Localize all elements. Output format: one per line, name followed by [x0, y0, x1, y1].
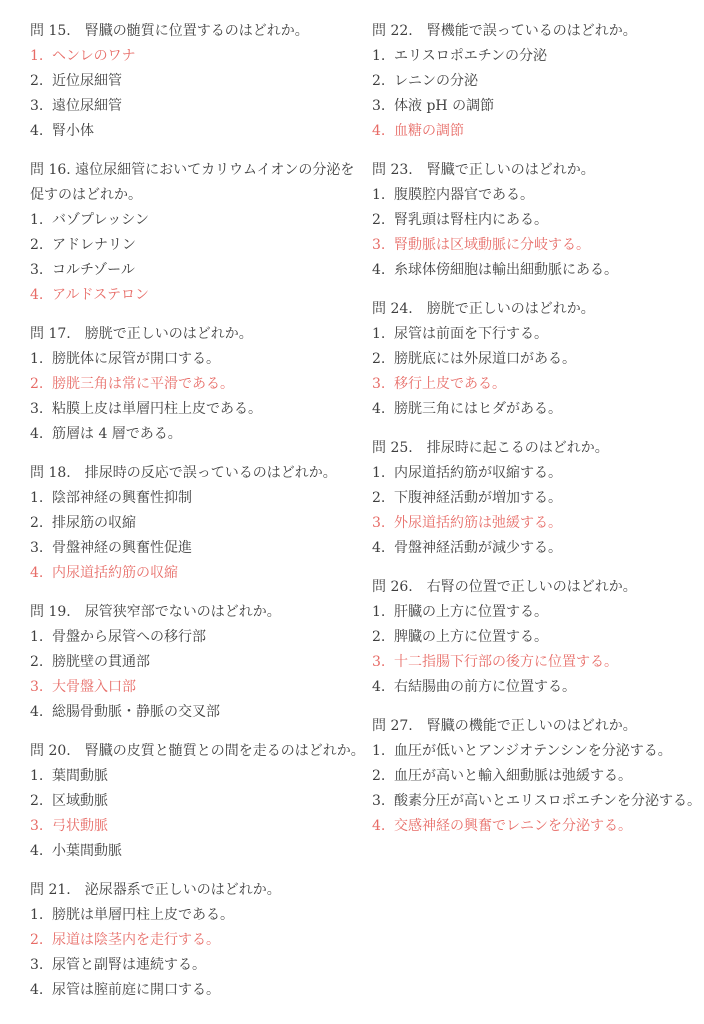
answer-option-correct: 4.アルドステロン [30, 283, 365, 308]
option-text: 体液 pH の調節 [394, 94, 704, 119]
answer-option: 1.膀胱は単層円柱上皮である。 [30, 903, 365, 928]
option-number: 4. [30, 422, 52, 447]
option-text: 骨盤から尿管への移行部 [52, 625, 365, 650]
option-text: 陰部神経の興奮性抑制 [52, 486, 365, 511]
answer-option: 3.骨盤神経の興奮性促進 [30, 536, 365, 561]
question-title: 問 21. 泌尿器系で正しいのはどれか。 [30, 878, 365, 903]
option-number: 1. [372, 739, 394, 764]
option-text: 尿管は膣前庭に開口する。 [52, 978, 365, 1003]
option-number: 3. [30, 953, 52, 978]
option-number: 2. [30, 789, 52, 814]
option-text: バゾプレッシン [52, 208, 365, 233]
answer-option: 4.小葉間動脈 [30, 839, 365, 864]
question-block: 問 26. 右腎の位置で正しいのはどれか。1.肝臓の上方に位置する。2.脾臓の上… [372, 575, 704, 700]
answer-option: 4.膀胱三角にはヒダがある。 [372, 397, 704, 422]
answer-option: 2.膀胱底には外尿道口がある。 [372, 347, 704, 372]
option-number: 2. [372, 347, 394, 372]
option-text: アドレナリン [52, 233, 365, 258]
answer-option-correct: 2.膀胱三角は常に平滑である。 [30, 372, 365, 397]
option-number: 2. [30, 650, 52, 675]
option-text: エリスロポエチンの分泌 [394, 44, 704, 69]
question-block: 問 16. 遠位尿細管においてカリウムイオンの分泌を促すのはどれか。1.バゾプレ… [30, 158, 365, 308]
answer-option: 3.体液 pH の調節 [372, 94, 704, 119]
option-text: 近位尿細管 [52, 69, 365, 94]
answer-option: 3.遠位尿細管 [30, 94, 365, 119]
question-title: 問 17. 膀胱で正しいのはどれか。 [30, 322, 365, 347]
answer-option-correct: 3.大骨盤入口部 [30, 675, 365, 700]
option-text: コルチゾール [52, 258, 365, 283]
answer-option: 1.膀胱体に尿管が開口する。 [30, 347, 365, 372]
answer-option: 2.区域動脈 [30, 789, 365, 814]
option-text: 尿道は陰茎内を走行する。 [52, 928, 365, 953]
answer-option-correct: 4.血糖の調節 [372, 119, 704, 144]
option-text: 移行上皮である。 [394, 372, 704, 397]
option-number: 1. [30, 625, 52, 650]
option-text: 尿管と副腎は連続する。 [52, 953, 365, 978]
option-number: 2. [30, 69, 52, 94]
option-number: 2. [30, 372, 52, 397]
answer-option-correct: 3.腎動脈は区域動脈に分岐する。 [372, 233, 704, 258]
option-text: 膀胱底には外尿道口がある。 [394, 347, 704, 372]
option-number: 2. [372, 625, 394, 650]
question-title: 問 18. 排尿時の反応で誤っているのはどれか。 [30, 461, 365, 486]
option-text: 腎小体 [52, 119, 365, 144]
option-text: 膀胱壁の貫通部 [52, 650, 365, 675]
question-block: 問 20. 腎臓の皮質と髄質との間を走るのはどれか。1.葉間動脈2.区域動脈3.… [30, 739, 365, 864]
option-number: 1. [372, 44, 394, 69]
option-text: 交感神経の興奮でレニンを分泌する。 [394, 814, 704, 839]
answer-option-correct: 3.十二指腸下行部の後方に位置する。 [372, 650, 704, 675]
answer-option-correct: 3.弓状動脈 [30, 814, 365, 839]
answer-option: 2.脾臓の上方に位置する。 [372, 625, 704, 650]
answer-option: 1.肝臓の上方に位置する。 [372, 600, 704, 625]
option-number: 1. [30, 208, 52, 233]
answer-option: 4.尿管は膣前庭に開口する。 [30, 978, 365, 1003]
answer-option-correct: 2.尿道は陰茎内を走行する。 [30, 928, 365, 953]
answer-option: 3.尿管と副腎は連続する。 [30, 953, 365, 978]
document-page: 問 15. 腎臓の髄質に位置するのはどれか。1.ヘンレのワナ2.近位尿細管3.遠… [0, 0, 704, 1024]
option-text: 排尿筋の収縮 [52, 511, 365, 536]
question-block: 問 17. 膀胱で正しいのはどれか。1.膀胱体に尿管が開口する。2.膀胱三角は常… [30, 322, 365, 447]
option-text: 総腸骨動脈・静脈の交叉部 [52, 700, 365, 725]
option-number: 4. [372, 536, 394, 561]
option-number: 3. [30, 258, 52, 283]
option-text: 骨盤神経活動が減少する。 [394, 536, 704, 561]
option-text: 肝臓の上方に位置する。 [394, 600, 704, 625]
answer-option: 2.下腹神経活動が増加する。 [372, 486, 704, 511]
answer-option: 1.骨盤から尿管への移行部 [30, 625, 365, 650]
option-number: 2. [30, 928, 52, 953]
option-text: 血糖の調節 [394, 119, 704, 144]
option-text: 膀胱三角にはヒダがある。 [394, 397, 704, 422]
option-number: 1. [372, 461, 394, 486]
option-text: 内尿道括約筋の収縮 [52, 561, 365, 586]
option-number: 4. [30, 700, 52, 725]
option-text: 区域動脈 [52, 789, 365, 814]
answer-option: 2.膀胱壁の貫通部 [30, 650, 365, 675]
answer-option-correct: 4.交感神経の興奮でレニンを分泌する。 [372, 814, 704, 839]
option-text: 腎動脈は区域動脈に分岐する。 [394, 233, 704, 258]
option-number: 2. [30, 233, 52, 258]
option-text: 小葉間動脈 [52, 839, 365, 864]
option-text: 粘膜上皮は単層円柱上皮である。 [52, 397, 365, 422]
option-text: 腎乳頭は腎柱内にある。 [394, 208, 704, 233]
option-number: 1. [30, 764, 52, 789]
option-text: 大骨盤入口部 [52, 675, 365, 700]
option-text: 膀胱は単層円柱上皮である。 [52, 903, 365, 928]
option-number: 3. [372, 233, 394, 258]
question-title: 問 15. 腎臓の髄質に位置するのはどれか。 [30, 19, 365, 44]
option-number: 4. [372, 675, 394, 700]
option-number: 1. [30, 903, 52, 928]
option-text: 血圧が低いとアンジオテンシンを分泌する。 [394, 739, 704, 764]
option-number: 1. [372, 600, 394, 625]
option-text: 脾臓の上方に位置する。 [394, 625, 704, 650]
option-number: 4. [30, 561, 52, 586]
answer-option: 2.アドレナリン [30, 233, 365, 258]
option-number: 4. [30, 839, 52, 864]
answer-option: 4.腎小体 [30, 119, 365, 144]
answer-option: 4.総腸骨動脈・静脈の交叉部 [30, 700, 365, 725]
question-block: 問 21. 泌尿器系で正しいのはどれか。1.膀胱は単層円柱上皮である。2.尿道は… [30, 878, 365, 1003]
question-block: 問 18. 排尿時の反応で誤っているのはどれか。1.陰部神経の興奮性抑制2.排尿… [30, 461, 365, 586]
answer-option: 1.血圧が低いとアンジオテンシンを分泌する。 [372, 739, 704, 764]
option-number: 4. [372, 397, 394, 422]
answer-option-correct: 1.ヘンレのワナ [30, 44, 365, 69]
option-number: 1. [372, 183, 394, 208]
answer-option: 1.内尿道括約筋が収縮する。 [372, 461, 704, 486]
option-text: 血圧が高いと輸入細動脈は弛緩する。 [394, 764, 704, 789]
answer-option: 4.糸球体傍細胞は輸出細動脈にある。 [372, 258, 704, 283]
option-number: 2. [372, 208, 394, 233]
answer-option: 2.近位尿細管 [30, 69, 365, 94]
question-block: 問 23. 腎臓で正しいのはどれか。1.腹膜腔内器官である。2.腎乳頭は腎柱内に… [372, 158, 704, 283]
question-block: 問 15. 腎臓の髄質に位置するのはどれか。1.ヘンレのワナ2.近位尿細管3.遠… [30, 19, 365, 144]
option-text: レニンの分泌 [394, 69, 704, 94]
option-number: 4. [30, 283, 52, 308]
option-number: 1. [30, 44, 52, 69]
answer-option: 2.腎乳頭は腎柱内にある。 [372, 208, 704, 233]
option-number: 3. [30, 675, 52, 700]
question-block: 問 25. 排尿時に起こるのはどれか。1.内尿道括約筋が収縮する。2.下腹神経活… [372, 436, 704, 561]
option-number: 3. [30, 536, 52, 561]
option-number: 2. [372, 486, 394, 511]
option-text: 十二指腸下行部の後方に位置する。 [394, 650, 704, 675]
question-title: 問 26. 右腎の位置で正しいのはどれか。 [372, 575, 704, 600]
option-number: 1. [372, 322, 394, 347]
answer-option: 1.葉間動脈 [30, 764, 365, 789]
option-text: ヘンレのワナ [52, 44, 365, 69]
answer-option: 1.尿管は前面を下行する。 [372, 322, 704, 347]
question-title: 問 16. 遠位尿細管においてカリウムイオンの分泌を促すのはどれか。 [30, 158, 365, 208]
option-number: 4. [372, 119, 394, 144]
option-text: 酸素分圧が高いとエリスロポエチンを分泌する。 [394, 789, 704, 814]
option-text: 下腹神経活動が増加する。 [394, 486, 704, 511]
answer-option-correct: 3.外尿道括約筋は弛緩する。 [372, 511, 704, 536]
question-title: 問 27. 腎臓の機能で正しいのはどれか。 [372, 714, 704, 739]
option-number: 3. [30, 397, 52, 422]
answer-option: 1.バゾプレッシン [30, 208, 365, 233]
option-number: 4. [30, 978, 52, 1003]
option-text: 外尿道括約筋は弛緩する。 [394, 511, 704, 536]
question-title: 問 22. 腎機能で誤っているのはどれか。 [372, 19, 704, 44]
option-text: 筋層は 4 層である。 [52, 422, 365, 447]
option-number: 2. [30, 511, 52, 536]
option-text: アルドステロン [52, 283, 365, 308]
option-number: 1. [30, 486, 52, 511]
option-text: 膀胱体に尿管が開口する。 [52, 347, 365, 372]
option-text: 腹膜腔内器官である。 [394, 183, 704, 208]
option-number: 3. [372, 94, 394, 119]
option-number: 2. [372, 764, 394, 789]
option-text: 葉間動脈 [52, 764, 365, 789]
answer-option-correct: 4.内尿道括約筋の収縮 [30, 561, 365, 586]
answer-option: 1.エリスロポエチンの分泌 [372, 44, 704, 69]
option-text: 弓状動脈 [52, 814, 365, 839]
answer-option: 1.陰部神経の興奮性抑制 [30, 486, 365, 511]
option-text: 尿管は前面を下行する。 [394, 322, 704, 347]
option-number: 3. [372, 372, 394, 397]
question-block: 問 22. 腎機能で誤っているのはどれか。1.エリスロポエチンの分泌2.レニンの… [372, 19, 704, 144]
answer-option: 4.骨盤神経活動が減少する。 [372, 536, 704, 561]
answer-option: 2.血圧が高いと輸入細動脈は弛緩する。 [372, 764, 704, 789]
question-block: 問 24. 膀胱で正しいのはどれか。1.尿管は前面を下行する。2.膀胱底には外尿… [372, 297, 704, 422]
option-number: 3. [30, 814, 52, 839]
option-text: 膀胱三角は常に平滑である。 [52, 372, 365, 397]
question-title: 問 25. 排尿時に起こるのはどれか。 [372, 436, 704, 461]
answer-option: 1.腹膜腔内器官である。 [372, 183, 704, 208]
answer-option: 3.コルチゾール [30, 258, 365, 283]
option-number: 3. [372, 789, 394, 814]
answer-option: 2.排尿筋の収縮 [30, 511, 365, 536]
answer-option: 4.筋層は 4 層である。 [30, 422, 365, 447]
answer-option: 4.右結腸曲の前方に位置する。 [372, 675, 704, 700]
option-text: 糸球体傍細胞は輸出細動脈にある。 [394, 258, 704, 283]
question-title: 問 24. 膀胱で正しいのはどれか。 [372, 297, 704, 322]
option-number: 3. [372, 511, 394, 536]
right-column: 問 22. 腎機能で誤っているのはどれか。1.エリスロポエチンの分泌2.レニンの… [372, 19, 704, 1024]
question-block: 問 19. 尿管狭窄部でないのはどれか。1.骨盤から尿管への移行部2.膀胱壁の貫… [30, 600, 365, 725]
option-number: 4. [30, 119, 52, 144]
answer-option: 2.レニンの分泌 [372, 69, 704, 94]
option-number: 3. [30, 94, 52, 119]
option-text: 骨盤神経の興奮性促進 [52, 536, 365, 561]
option-text: 遠位尿細管 [52, 94, 365, 119]
option-number: 4. [372, 814, 394, 839]
option-number: 1. [30, 347, 52, 372]
answer-option: 3.粘膜上皮は単層円柱上皮である。 [30, 397, 365, 422]
option-number: 3. [372, 650, 394, 675]
question-title: 問 20. 腎臓の皮質と髄質との間を走るのはどれか。 [30, 739, 365, 764]
option-text: 右結腸曲の前方に位置する。 [394, 675, 704, 700]
question-title: 問 19. 尿管狭窄部でないのはどれか。 [30, 600, 365, 625]
answer-option-correct: 3.移行上皮である。 [372, 372, 704, 397]
option-number: 4. [372, 258, 394, 283]
question-title: 問 23. 腎臓で正しいのはどれか。 [372, 158, 704, 183]
option-number: 2. [372, 69, 394, 94]
left-column: 問 15. 腎臓の髄質に位置するのはどれか。1.ヘンレのワナ2.近位尿細管3.遠… [30, 19, 365, 1024]
option-text: 内尿道括約筋が収縮する。 [394, 461, 704, 486]
answer-option: 3.酸素分圧が高いとエリスロポエチンを分泌する。 [372, 789, 704, 814]
question-block: 問 27. 腎臓の機能で正しいのはどれか。1.血圧が低いとアンジオテンシンを分泌… [372, 714, 704, 839]
